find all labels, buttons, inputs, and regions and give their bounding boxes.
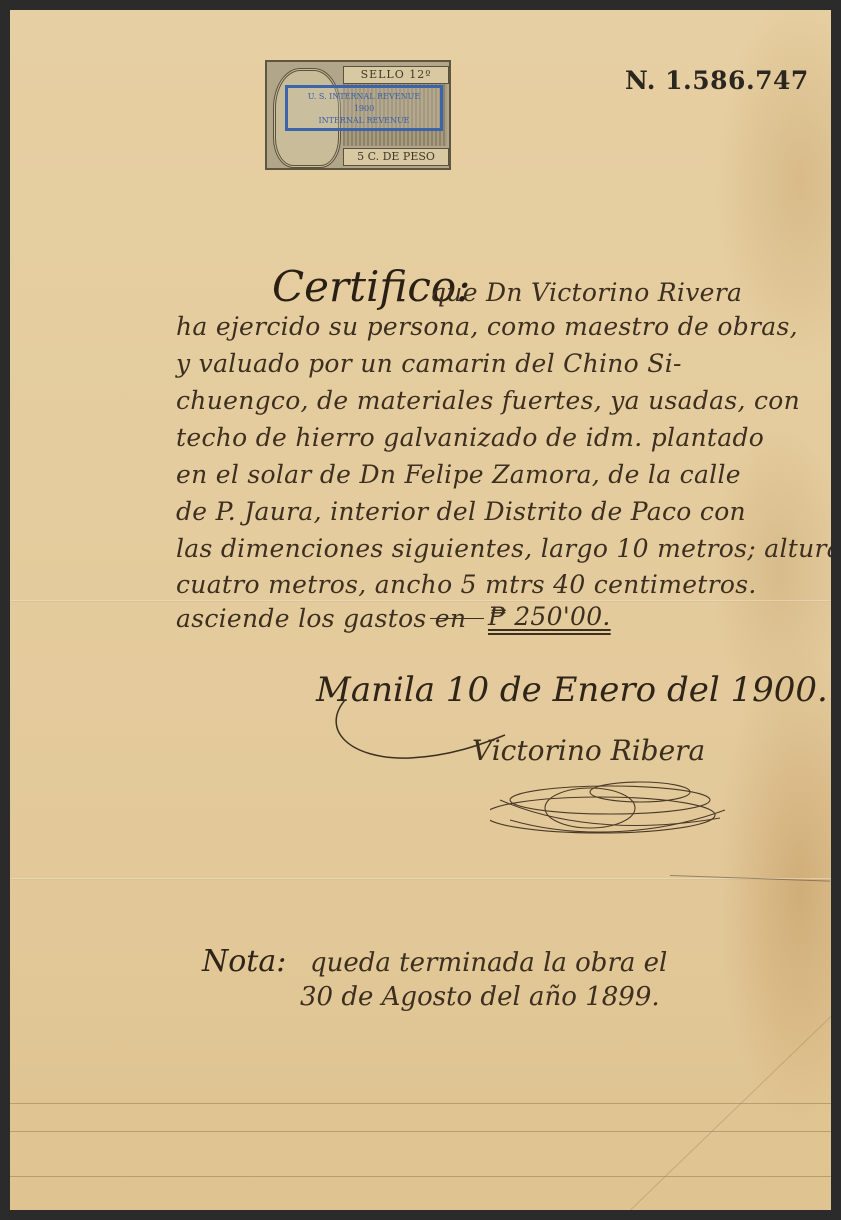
revenue-stamp: SELLO 12º 5 C. DE PESO U. S. INTERNAL RE… <box>265 60 451 170</box>
note-label: Nota: <box>202 944 286 979</box>
note-line: 30 de Agosto del año 1899. <box>300 982 660 1012</box>
signature-rubric-icon <box>490 770 730 850</box>
amount-value: ₱ 250'00. <box>488 602 611 631</box>
overprint-line: INTERNAL REVENUE <box>288 115 440 127</box>
stamp-bottom-label: 5 C. DE PESO <box>343 148 449 166</box>
certificate-line: asciende los gastos en <box>176 604 466 633</box>
certificate-line: las dimenciones siguientes, largo 10 met… <box>176 534 831 563</box>
ruled-line <box>10 1103 831 1104</box>
certificate-line: techo de hierro galvanizado de idm. plan… <box>176 423 764 452</box>
note-line: queda terminada la obra el <box>310 948 667 978</box>
certificate-line: en el solar de Dn Felipe Zamora, de la c… <box>176 460 741 489</box>
stamp-top-label: SELLO 12º <box>343 66 449 84</box>
ruled-line <box>10 1176 831 1177</box>
horizontal-fold <box>10 600 831 602</box>
ruled-line <box>10 1131 831 1132</box>
certificate-line: de P. Jaura, interior del Distrito de Pa… <box>176 497 746 526</box>
certificate-line: chuengco, de materiales fuertes, ya usad… <box>176 386 800 415</box>
certificate-line: y valuado por un camarin del Chino Si- <box>176 349 682 378</box>
certificate-line: cuatro metros, ancho 5 mtrs 40 centimetr… <box>176 570 757 599</box>
signature-name: Victorino Ribera <box>472 734 705 767</box>
document-paper: SELLO 12º 5 C. DE PESO U. S. INTERNAL RE… <box>10 10 831 1210</box>
overprint-line: 1900 <box>288 103 440 115</box>
certificate-line: que Dn Victorino Rivera <box>430 278 742 307</box>
serial-number: N. 1.586.747 <box>625 66 809 95</box>
certificate-line: ha ejercido su persona, como maestro de … <box>176 312 798 341</box>
overprint-line: U. S. INTERNAL REVENUE <box>288 91 440 103</box>
amount-leader-line <box>430 604 484 619</box>
horizontal-fold <box>10 878 831 880</box>
diagonal-crease <box>630 1002 831 1210</box>
stamp-overprint: U. S. INTERNAL REVENUE 1900 INTERNAL REV… <box>285 85 443 131</box>
